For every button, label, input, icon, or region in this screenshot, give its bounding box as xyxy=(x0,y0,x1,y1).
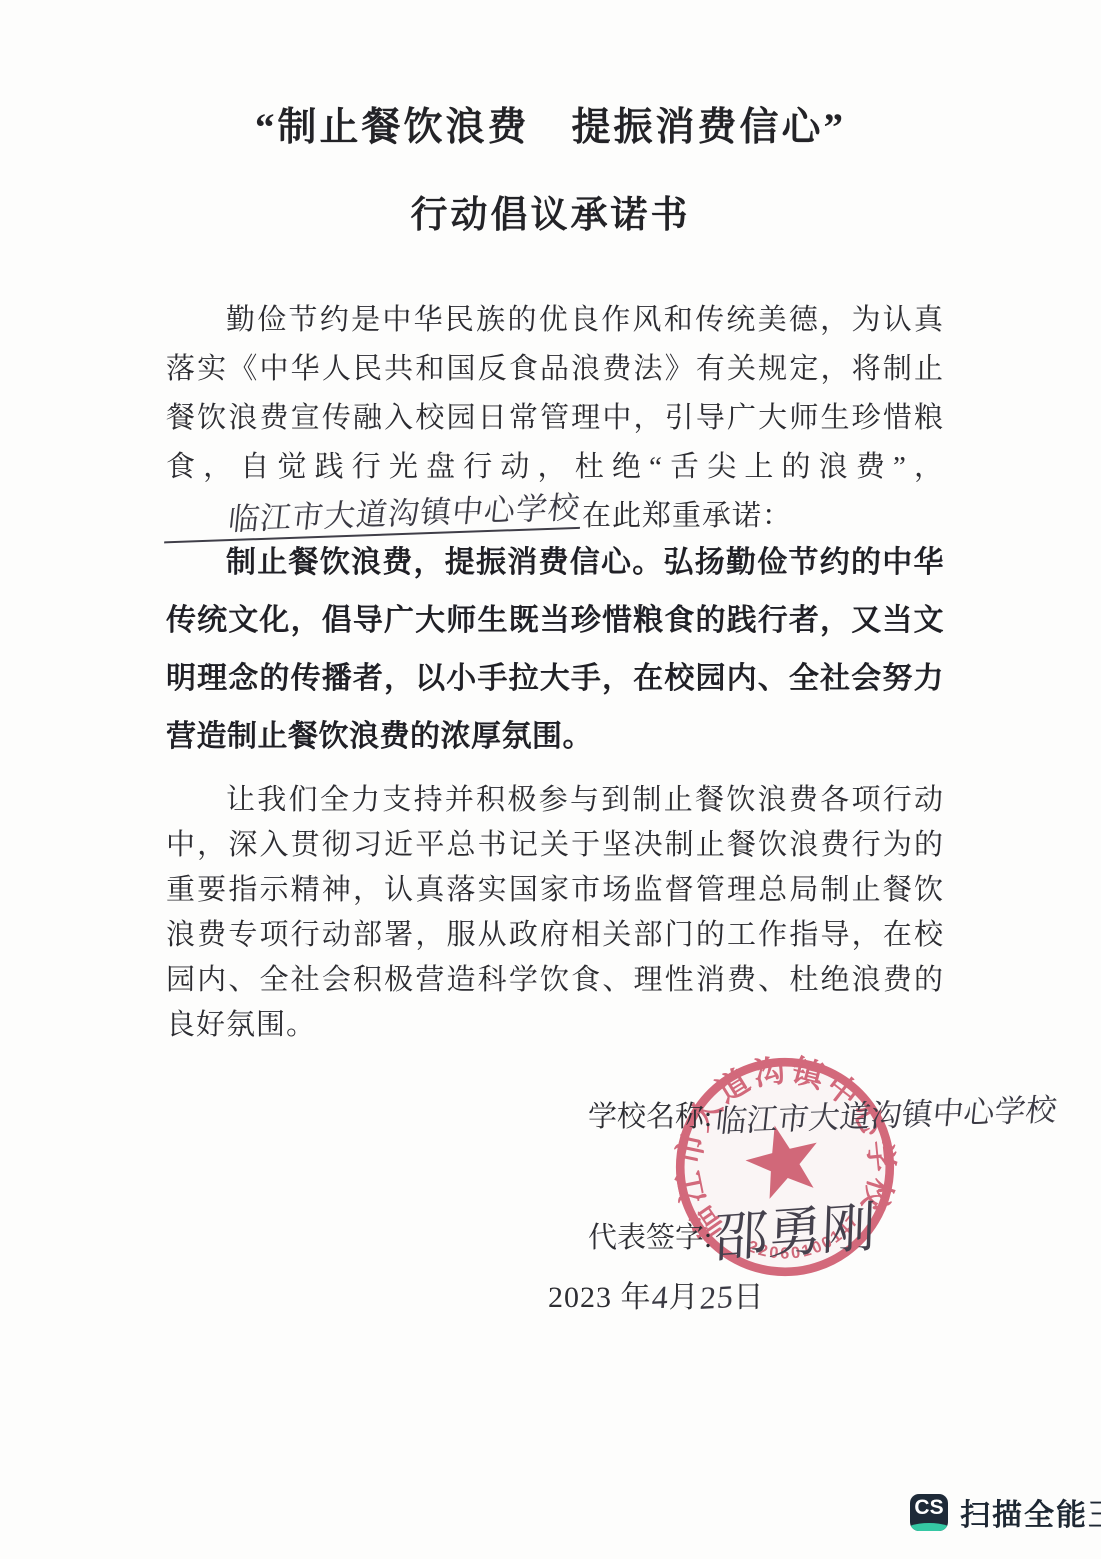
representative-signature-line: 代表签字:邵勇刚 xyxy=(588,1186,876,1263)
paragraph-action: 让我们全力支持并积极参与到制止餐饮浪费各项行动中，深入贯彻习近平总书记关于坚决制… xyxy=(166,778,944,1048)
camscanner-watermark-label: 扫描全能王 xyxy=(960,1490,1101,1534)
school-name-label: 学校名称: xyxy=(588,1101,712,1133)
scanned-document-page: “制止餐饮浪费 提振消费信心” 行动倡议承诺书 勤俭节约是中华民族的优良作风和传… xyxy=(0,0,1101,1559)
camscanner-logo-swoosh xyxy=(910,1523,948,1531)
paragraph-pledge-bold: 制止餐饮浪费，提振消费信心。弘扬勤俭节约的中华传统文化，倡导广大师生既当珍惜粮食… xyxy=(166,534,944,766)
handwritten-school-name-signature: 临江市大道沟镇中心学校 xyxy=(714,1084,1060,1141)
handwritten-month-number: 4 xyxy=(650,1278,670,1316)
official-red-seal: 临江市大道沟镇中心学校 2206010014700 xyxy=(641,1023,930,1312)
paragraph-intro-printed-before: 勤俭节约是中华民族的优良作风和传统美德，为认真落实《中华人民共和国反食品浪费法》… xyxy=(166,304,944,483)
date-year-printed: 2023 年 xyxy=(548,1281,652,1314)
date-day-unit: 日 xyxy=(734,1281,765,1314)
date-month-unit: 月 xyxy=(669,1281,700,1314)
camscanner-watermark: CS 扫描全能王 xyxy=(910,1490,1101,1534)
paragraph-intro: 勤俭节约是中华民族的优良作风和传统美德，为认真落实《中华人民共和国反食品浪费法》… xyxy=(166,296,944,541)
handwritten-day-number: 25 xyxy=(698,1278,735,1317)
document-title-line2: 行动倡议承诺书 xyxy=(0,184,1101,238)
school-name-line: 学校名称:临江市大道沟镇中心学校 xyxy=(588,1090,1057,1135)
document-title-line1: “制止餐饮浪费 提振消费信心” xyxy=(0,96,1101,152)
date-line: 2023 年4月25日 xyxy=(548,1272,765,1316)
camscanner-logo-icon: CS xyxy=(910,1494,948,1531)
handwritten-signature: 邵勇刚 xyxy=(713,1184,877,1273)
paragraph-intro-printed-after: 在此郑重承诺： xyxy=(582,500,792,532)
signature-label: 代表签字: xyxy=(588,1222,712,1254)
camscanner-logo-text: CS xyxy=(910,1496,948,1520)
seal-graphic: 临江市大道沟镇中心学校 2206010014700 xyxy=(641,1023,930,1312)
